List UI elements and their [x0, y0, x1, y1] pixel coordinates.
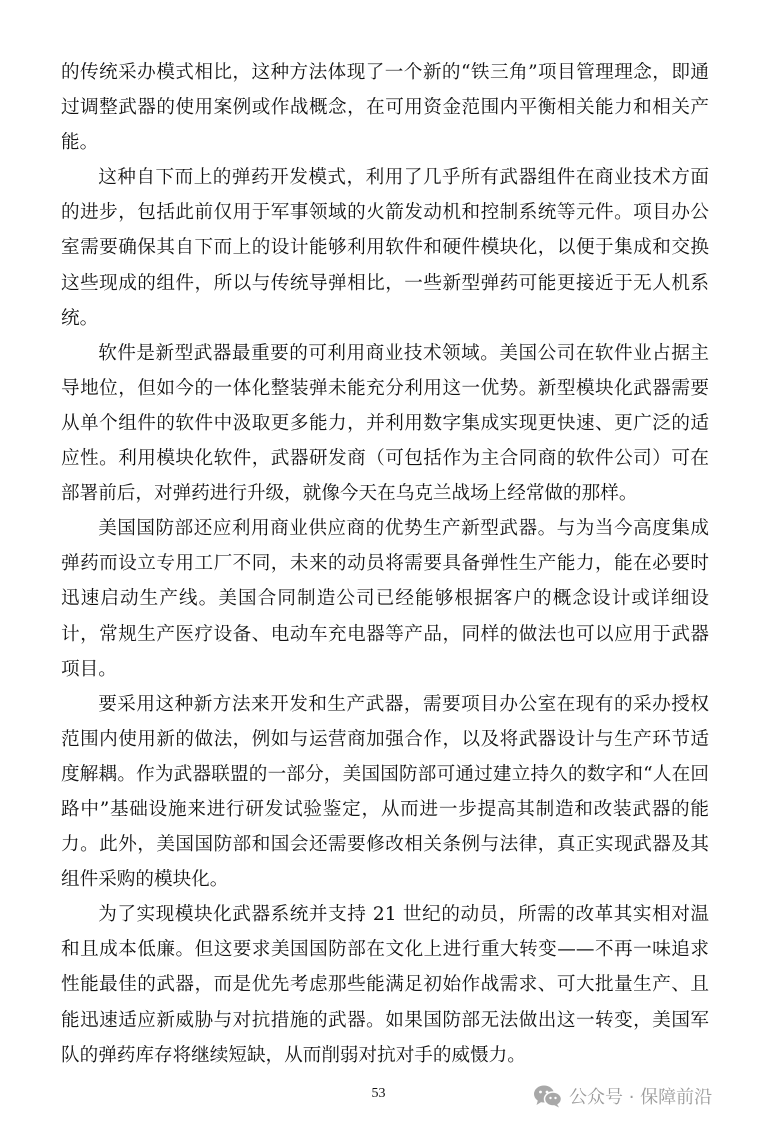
- paragraph-4: 美国国防部还应利用商业供应商的优势生产新型武器。与为当今高度集成弹药而设立专用工…: [61, 511, 709, 686]
- paragraph-5: 要采用这种新方法来开发和生产武器，需要项目办公室在现有的采办授权范围内使用新的做…: [61, 687, 709, 898]
- paragraph-1: 的传统采办模式相比，这种方法体现了一个新的“铁三角”项目管理理念，即通过调整武器…: [61, 55, 709, 160]
- paragraph-3: 软件是新型武器最重要的可利用商业技术领域。美国公司在软件业占据主导地位，但如今的…: [61, 336, 709, 511]
- watermark-text: 公众号 · 保障前沿: [569, 1083, 712, 1109]
- wechat-icon: [533, 1084, 563, 1108]
- paragraph-6: 为了实现模块化武器系统并支持 21 世纪的动员，所需的改革其实相对温和且成本低廉…: [61, 897, 709, 1072]
- paragraph-2: 这种自下而上的弹药开发模式，利用了几乎所有武器组件在商业技术方面的进步，包括此前…: [61, 160, 709, 335]
- watermark: 公众号 · 保障前沿: [533, 1083, 712, 1109]
- document-body: 的传统采办模式相比，这种方法体现了一个新的“铁三角”项目管理理念，即通过调整武器…: [61, 55, 709, 1073]
